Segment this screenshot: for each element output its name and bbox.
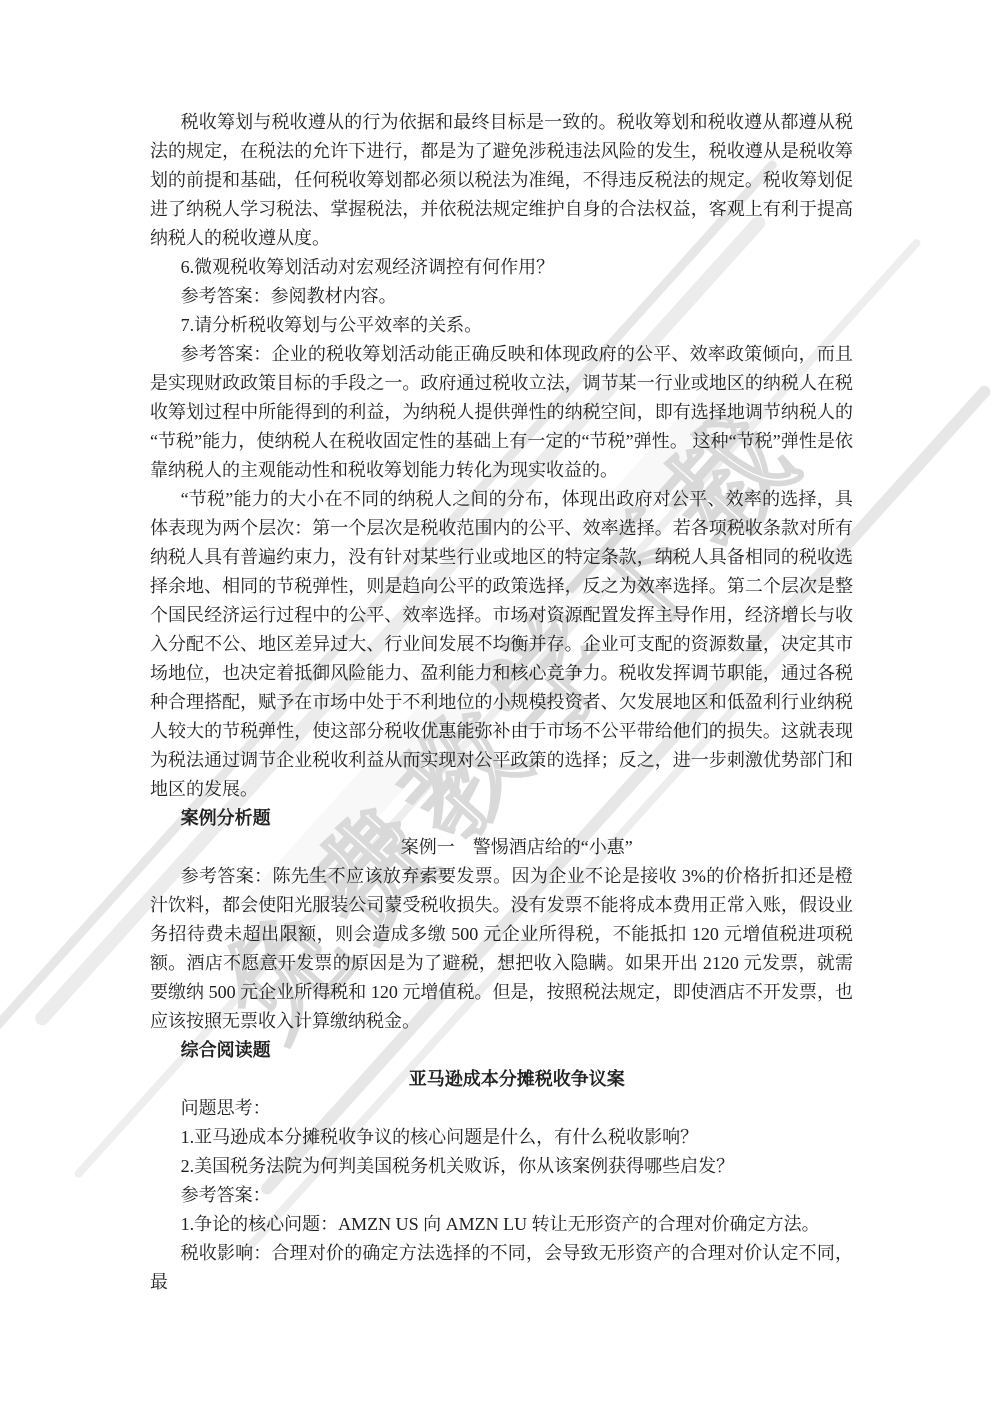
section-heading-indent: 综合阅读题 (150, 1036, 853, 1065)
answer-label-spaced: 参考答案： (150, 1181, 853, 1210)
document-page: 免费教学下载 税收筹划与税收遵从的行为依据和最终目标是一致的。税收筹划和税收遵从… (0, 0, 993, 1404)
question-item: 2.美国税务法院为何判美国税务机关败诉，你从该案例获得哪些启发？ (150, 1152, 853, 1181)
body-paragraph: 税收筹划与税收遵从的行为依据和最终目标是一致的。税收筹划和税收遵从都遵从税法的规… (150, 108, 853, 253)
answer-line: 参考答案：参阅教材内容。 (150, 282, 853, 311)
answer-item: 税收影响：合理对价的确定方法选择的不同，会导致无形资产的合理对价认定不同，最 (150, 1239, 853, 1297)
question-item: 7.请分析税收筹划与公平效率的关系。 (150, 311, 853, 340)
section-heading: 案例分析题 (150, 804, 853, 833)
question-item: 6.微观税收筹划活动对宏观经济调控有何作用？ (150, 253, 853, 282)
answer-paragraph: 参考答案：企业的税收筹划活动能正确反映和体现政府的公平、效率政策倾向，而且是实现… (150, 340, 853, 485)
document-content: 税收筹划与税收遵从的行为依据和最终目标是一致的。税收筹划和税收遵从都遵从税法的规… (150, 108, 853, 1297)
question-item: 1.亚马逊成本分摊税收争议的核心问题是什么，有什么税收影响？ (150, 1123, 853, 1152)
answer-paragraph: 参考答案：陈先生不应该放弃索要发票。因为企业不论是接收 3%的价格折扣还是橙汁饮… (150, 862, 853, 1036)
case-title: 案例一 警惕酒店给的“小惠” (150, 833, 853, 862)
body-paragraph: “节税”能力的大小在不同的纳税人之间的分布，体现出政府对公平、效率的选择，具体表… (150, 485, 853, 804)
reading-title: 亚马逊成本分摊税收争议案 (150, 1065, 853, 1094)
prompt-label: 问题思考： (150, 1094, 853, 1123)
answer-item: 1.争论的核心问题：AMZN US 向 AMZN LU 转让无形资产的合理对价确… (150, 1210, 853, 1239)
